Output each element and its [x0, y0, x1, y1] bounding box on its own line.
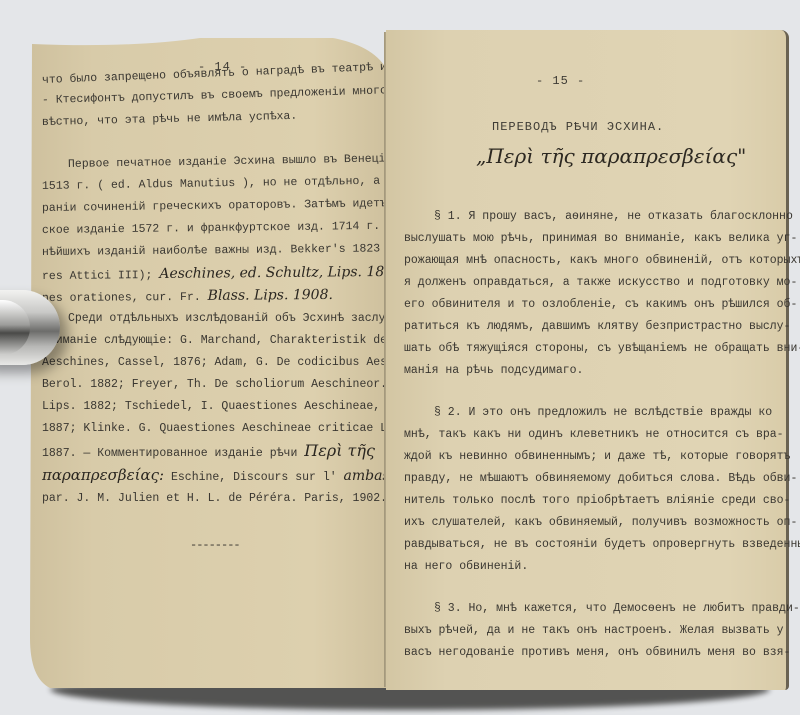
- left-page: - 14 - что было запрещено объявлять о на…: [20, 38, 386, 688]
- text-line: я долженъ оправдаться, а также искусство…: [404, 276, 797, 290]
- handwritten-note: Blass. Lips. 1908.: [208, 287, 333, 304]
- translation-heading: ПЕРЕВОДЪ РѢЧИ ЭСХИНА.: [492, 120, 664, 134]
- text-line: выслушать мою рѣчь, принимая во вниманiе…: [404, 232, 797, 246]
- text-line: шать обѣ тяжущiяся стороны, съ увѣщанiем…: [404, 342, 800, 356]
- text-line: § 2. И это онъ предложилъ не вслѣдствiе …: [434, 406, 772, 420]
- right-page: - 15 - ПЕРЕВОДЪ РѢЧИ ЭСХИНА. „Περὶ τῆς π…: [386, 30, 789, 690]
- text-line: его обвинителя и то озлобленiе, съ каким…: [404, 298, 797, 312]
- text-line: Lips. 1882; Tschiedel, I. Quaestiones Ae…: [42, 400, 428, 414]
- text-fragment: nes orationes, cur. Fr.: [42, 291, 201, 305]
- text-fragment: 1887. — Комментированное изданiе рѣчи: [42, 447, 297, 460]
- text-line: на него обвиненiй.: [404, 560, 528, 574]
- text-line: 1887; Klinke. G. Quaestiones Aeschineae …: [42, 422, 415, 436]
- handwritten-greek: παραπρεσβείας:: [42, 466, 164, 484]
- text-line: Первое печатное изданiе Эсхина вышло въ …: [68, 152, 413, 172]
- text-line: nes orationes, cur. Fr. Blass. Lips. 190…: [42, 288, 333, 306]
- text-line: мнѣ, такъ какъ ни одинъ клеветникъ не от…: [404, 428, 784, 442]
- text-line: ждой къ невинно обвиненнымъ; и даже тѣ, …: [404, 450, 790, 464]
- text-line: нѣйшихъ изданiй наиболѣе важны изд. Bekk…: [42, 242, 436, 260]
- text-line: ихъ слушателей, какъ обвиняемый, получив…: [404, 516, 797, 530]
- text-line: правду, не мѣшаютъ обвиняемому добиться …: [404, 472, 797, 486]
- text-line: par. J. M. Julien et H. L. de Péréra. Pa…: [42, 492, 387, 506]
- page-number-right: - 15 -: [536, 74, 585, 88]
- text-line: § 1. Я прошу васъ, аѳиняне, не отказать …: [434, 210, 793, 224]
- greek-title: „Περὶ τῆς παραπρεσβείας": [476, 144, 746, 168]
- text-line: рожающая мнѣ опасность, какъ много обвин…: [404, 254, 800, 268]
- text-line: васъ негодованiе противъ меня, онъ обвин…: [404, 646, 790, 660]
- text-line: 1887. — Комментированное изданiе рѣчи Πε…: [42, 444, 375, 461]
- section-divider: --------: [190, 538, 240, 552]
- text-line: выхъ рѣчей, да и не такъ онъ настроенъ. …: [404, 624, 784, 638]
- text-line: 1513 г. ( ed. Aldus Manutius ), но не от…: [42, 174, 436, 194]
- text-line: манiя на рѣчь подсудимаго.: [404, 364, 583, 378]
- text-line: равдываться, не въ состоянiи будетъ опро…: [404, 538, 800, 552]
- text-line: ранiи сочиненiй греческихъ ораторовъ. За…: [42, 196, 442, 216]
- text-line: Среди отдѣльныхъ изслѣдованiй объ Эсхинѣ…: [68, 312, 434, 326]
- text-line: вѣстно, что эта рѣчь не имѣла успѣха.: [42, 110, 298, 130]
- text-line: ратиться къ людямъ, давшимъ клятву безпр…: [404, 320, 790, 334]
- text-fragment: Eschine, Discours sur l': [171, 471, 337, 484]
- text-line: § 3. Но, мнѣ кажется, что Демосѳенъ не л…: [434, 602, 800, 616]
- text-fragment: res Attici III);: [42, 269, 153, 283]
- text-line: нитель только послѣ того прiобрѣтаетъ вл…: [404, 494, 790, 508]
- text-line: παραπρεσβείας: Eschine, Discours sur l' …: [42, 468, 427, 485]
- text-line: Aeschines, Cassel, 1876; Adam, G. De cod…: [42, 356, 442, 370]
- handwritten-greek: Περὶ τῆς: [304, 441, 375, 460]
